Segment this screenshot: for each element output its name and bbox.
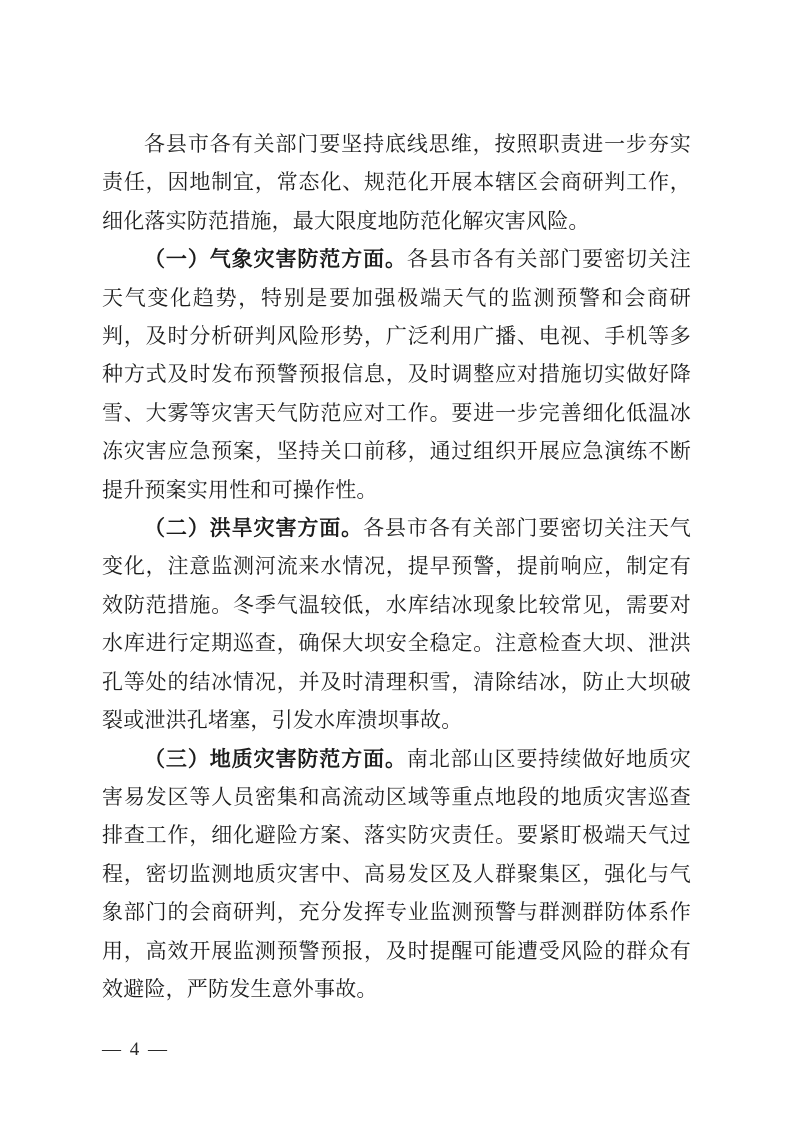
section-heading-meteorological: （一）气象灾害防范方面。 bbox=[144, 247, 407, 271]
paragraph-section-3: （三）地质灾害防范方面。南北部山区要持续做好地质灾害易发区等人员密集和高流动区域… bbox=[102, 740, 691, 1009]
paragraph-text: 南北部山区要持续做好地质灾害易发区等人员密集和高流动区域等重点地段的地质灾害巡查… bbox=[102, 747, 691, 1001]
paragraph-text: 各县市各有关部门要密切关注天气变化，注意监测河流来水情况，提早预警，提前响应，制… bbox=[102, 516, 691, 732]
paragraph-intro: 各县市各有关部门要坚持底线思维，按照职责进一步夯实责任，因地制宜，常态化、规范化… bbox=[102, 125, 691, 240]
document-body: 各县市各有关部门要坚持底线思维，按照职责进一步夯实责任，因地制宜，常态化、规范化… bbox=[102, 125, 691, 1008]
page-number: — 4 — bbox=[102, 1036, 169, 1064]
paragraph-text: 各县市各有关部门要坚持底线思维，按照职责进一步夯实责任，因地制宜，常态化、规范化… bbox=[102, 132, 691, 233]
section-heading-geological: （三）地质灾害防范方面。 bbox=[144, 747, 407, 771]
paragraph-section-1: （一）气象灾害防范方面。各县市各有关部门要密切关注天气变化趋势，特别是要加强极端… bbox=[102, 240, 691, 509]
section-heading-flood-drought: （二）洪旱灾害方面。 bbox=[144, 516, 363, 540]
paragraph-text: 各县市各有关部门要密切关注天气变化趋势，特别是要加强极端天气的监测预警和会商研判… bbox=[102, 247, 691, 501]
paragraph-section-2: （二）洪旱灾害方面。各县市各有关部门要密切关注天气变化，注意监测河流来水情况，提… bbox=[102, 509, 691, 739]
document-page: 各县市各有关部门要坚持底线思维，按照职责进一步夯实责任，因地制宜，常态化、规范化… bbox=[0, 0, 793, 1122]
